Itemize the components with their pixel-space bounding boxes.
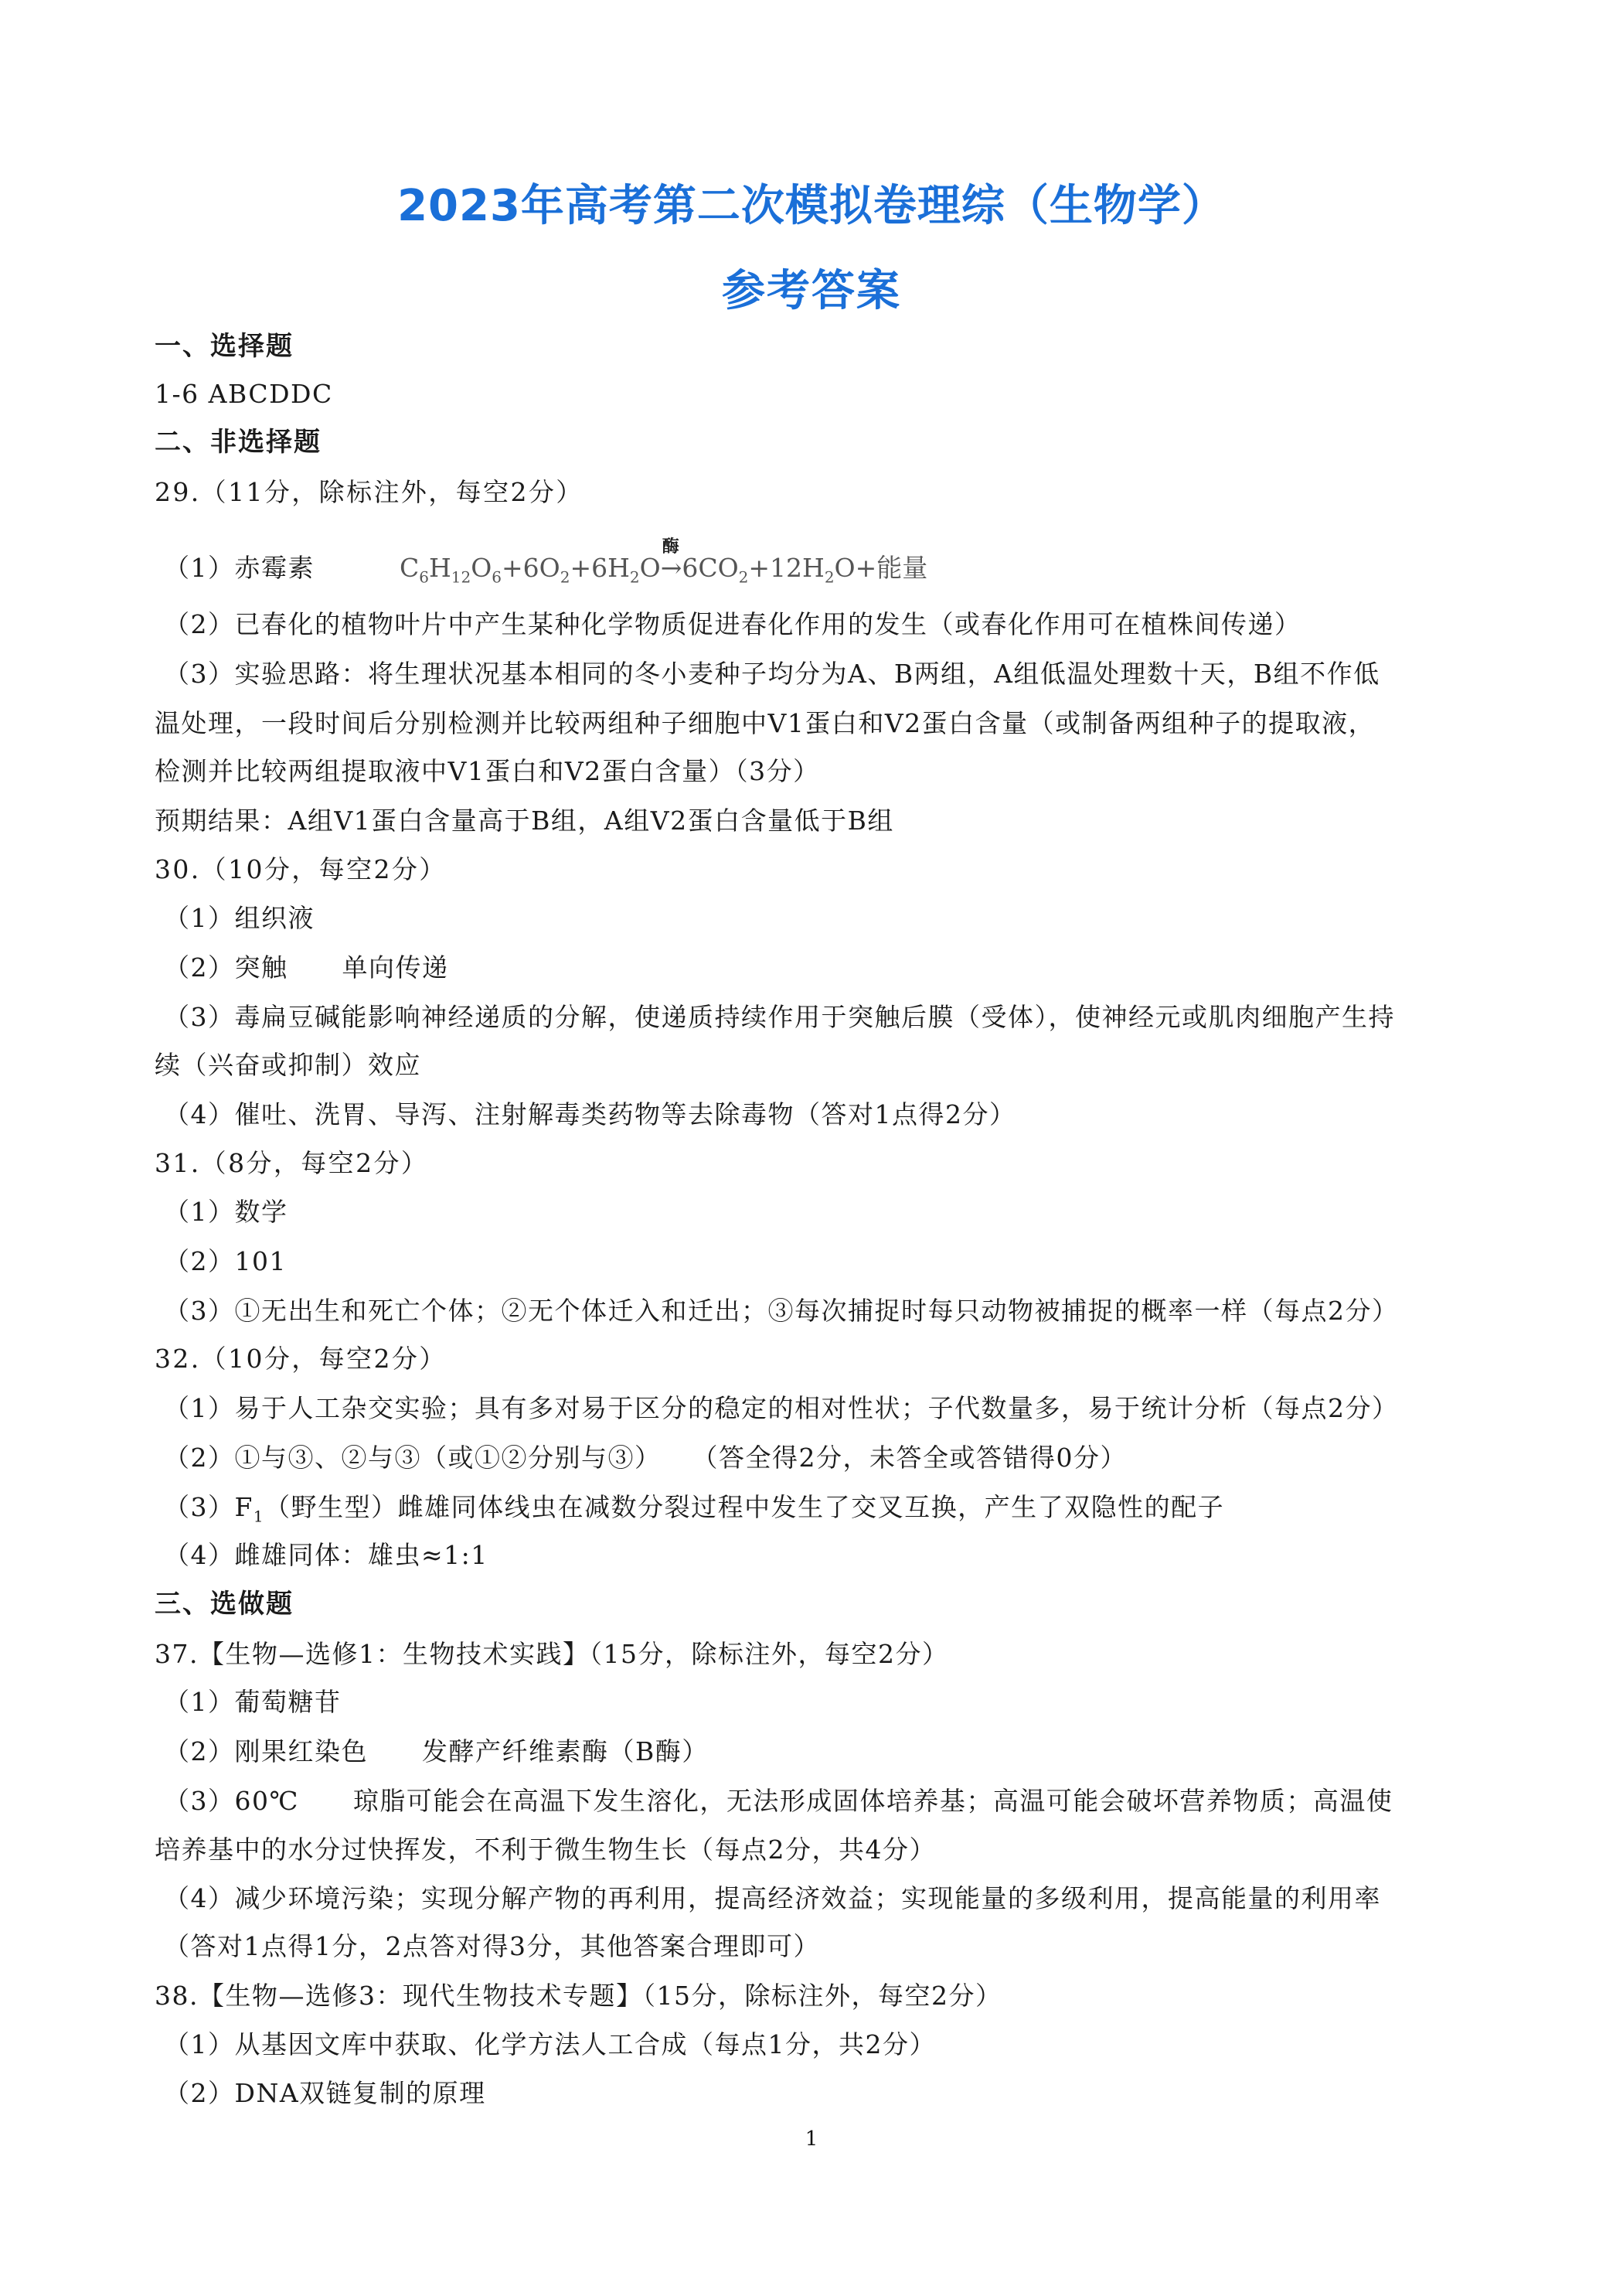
- page-subtitle: 参考答案: [0, 257, 1623, 319]
- q31-header: 31.（8分，每空2分）: [155, 1148, 428, 1179]
- q38-answer-2: （2）DNA双链复制的原理: [164, 2078, 486, 2109]
- q30-answer-2: （2）突触单向传递: [164, 952, 449, 983]
- q30-answer-3-line1: （3）毒扁豆碱能影响神经递质的分解，使递质持续作用于突触后膜（受体），使神经元或…: [164, 1002, 1395, 1033]
- q29-answer-3-line1: （3）实验思路：将生理状况基本相同的冬小麦种子均分为A、B两组，A组低温处理数十…: [164, 659, 1380, 690]
- q37-answer-3b: 琼脂可能会在高温下发生溶化，无法形成固体培养基；高温可能会破坏营养物质；高温使: [353, 1786, 1393, 1816]
- q38-answer-1: （1）从基因文库中获取、化学方法人工合成（每点1分，共2分）: [164, 2029, 936, 2060]
- q32-answer-2b: （答全得2分，未答全或答错得0分）: [692, 1443, 1128, 1473]
- page-title: 2023年高考第二次模拟卷理综（生物学）: [0, 172, 1623, 233]
- q37-answer-1: （1）葡萄糖苷: [164, 1687, 342, 1718]
- q32-answer-3: （3）F1（野生型）雌雄同体线虫在减数分裂过程中发生了交叉互换，产生了双隐性的配…: [164, 1492, 1224, 1532]
- q29-expected-result: 预期结果：A组V1蛋白含量高于B组，A组V2蛋白含量低于B组: [155, 806, 894, 836]
- q32-answer-2: （2）①与③、②与③（或①②分别与③）（答全得2分，未答全或答错得0分）: [164, 1443, 1127, 1473]
- q29-header: 29.（11分，除标注外，每空2分）: [155, 477, 584, 508]
- reaction-arrow: 酶→: [661, 553, 682, 584]
- enzyme-label: 酶: [662, 531, 679, 562]
- section-heading-elective: 三、选做题: [155, 1589, 294, 1620]
- q31-answer-1: （1）数学: [164, 1197, 288, 1228]
- answer-sheet-page: 2023年高考第二次模拟卷理综（生物学） 参考答案 一、选择题 1-6 ABCD…: [0, 0, 1623, 2296]
- q29-answer-3-line3: 检测并比较两组提取液中V1蛋白和V2蛋白含量）（3分）: [155, 756, 820, 787]
- q30-header: 30.（10分，每空2分）: [155, 854, 447, 885]
- respiration-equation: C6H12O6+6O2+6H2O酶→6CO2+12H2O+能量: [400, 553, 927, 593]
- q32-answer-2a: （2）①与③、②与③（或①②分别与③）: [164, 1443, 662, 1473]
- q29-answer-1: （1）赤霉素C6H12O6+6O2+6H2O酶→6CO2+12H2O+能量: [164, 553, 927, 593]
- page-number: 1: [0, 2127, 1623, 2151]
- q37-answer-2a: （2）刚果红染色: [164, 1736, 368, 1766]
- q30-answer-4: （4）催吐、洗胃、导泻、注射解毒类药物等去除毒物（答对1点得2分）: [164, 1099, 1016, 1130]
- q37-answer-2: （2）刚果红染色发酵产纤维素酶（B酶）: [164, 1736, 709, 1767]
- q32-header: 32.（10分，每空2分）: [155, 1344, 447, 1375]
- choice-answers: 1-6 ABCDDC: [155, 379, 333, 410]
- q30-answer-2b: 单向传递: [342, 952, 449, 983]
- q31-answer-3: （3）①无出生和死亡个体；②无个体迁入和迁出；③每次捕捉时每只动物被捕捉的概率一…: [164, 1296, 1399, 1327]
- q38-header: 38.【生物—选修3：现代生物技术专题】（15分，除标注外，每空2分）: [155, 1981, 1002, 2012]
- q32-answer-1: （1）易于人工杂交实验；具有多对易于区分的稳定的相对性状；子代数量多，易于统计分…: [164, 1393, 1399, 1424]
- q37-answer-4-line1: （4）减少环境污染；实现分解产物的再利用，提高经济效益；实现能量的多级利用，提高…: [164, 1883, 1381, 1914]
- q30-answer-1: （1）组织液: [164, 903, 315, 934]
- q31-answer-2: （2）101: [164, 1246, 287, 1277]
- q30-answer-3-line2: 续（兴奋或抑制）效应: [155, 1050, 421, 1081]
- q37-answer-3a: （3）60℃: [164, 1786, 299, 1816]
- q32-answer-4: （4）雌雄同体：雄虫≈1:1: [164, 1540, 488, 1571]
- q29-answer-2: （2）已春化的植物叶片中产生某种化学物质促进春化作用的发生（或春化作用可在植株间…: [164, 609, 1301, 640]
- q29-answer-1-label: （1）赤霉素: [164, 553, 315, 583]
- q37-header: 37.【生物—选修1：生物技术实践】（15分，除标注外，每空2分）: [155, 1639, 948, 1670]
- q37-answer-2b: 发酵产纤维素酶（B酶）: [422, 1736, 709, 1766]
- q37-answer-4-line2: （答对1点得1分，2点答对得3分，其他答案合理即可）: [164, 1931, 820, 1962]
- q29-answer-3-line2: 温处理，一段时间后分别检测并比较两组种子细胞中V1蛋白和V2蛋白含量（或制备两组…: [155, 708, 1375, 739]
- q37-answer-3-line2: 培养基中的水分过快挥发，不利于微生物生长（每点2分，共4分）: [155, 1834, 936, 1865]
- q30-answer-2a: （2）突触: [164, 952, 288, 983]
- q37-answer-3-line1: （3）60℃琼脂可能会在高温下发生溶化，无法形成固体培养基；高温可能会破坏营养物…: [164, 1786, 1393, 1817]
- section-heading-choice: 一、选择题: [155, 331, 294, 362]
- section-heading-nonchoice: 二、非选择题: [155, 427, 322, 458]
